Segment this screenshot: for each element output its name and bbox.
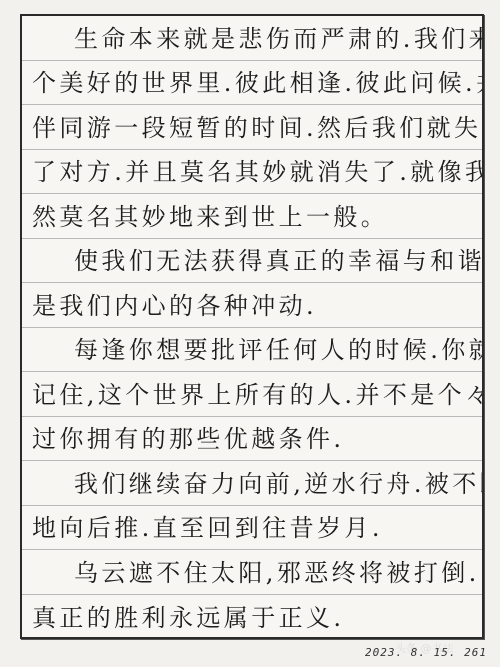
text-line-7: 是我们内心的各种冲动. <box>22 283 482 328</box>
text-line-3: 伴同游一段短暂的时间.然后我们就失去 <box>22 105 482 150</box>
practice-sheet: 生命本来就是悲伤而严肃的.我们来到这 个美好的世界里.彼此相逢.彼此问候.并结 … <box>20 14 484 639</box>
date-signature: 2023. 8. 15. 261 <box>365 646 487 659</box>
text-line-5: 然莫名其妙地来到世上一般。 <box>22 194 482 239</box>
text-line-1: 生命本来就是悲伤而严肃的.我们来到这 <box>22 16 482 61</box>
text-line-13: 乌云遮不住太阳,邪恶终将被打倒. <box>22 550 482 595</box>
text-line-9: 记住,这个世界上所有的人.并不是个々都有 <box>22 372 482 417</box>
text-line-11: 我们继续奋力向前,逆水行舟.被不断 <box>22 461 482 506</box>
text-line-6: 使我们无法获得真正的幸福与和谐的 <box>22 239 482 284</box>
text-line-8: 每逢你想要批评任何人的时候.你就 <box>22 328 482 373</box>
text-line-2: 个美好的世界里.彼此相逢.彼此问候.并结 <box>22 61 482 106</box>
text-line-14: 真正的胜利永远属于正义. <box>22 595 482 640</box>
text-line-10: 过你拥有的那些优越条件. <box>22 417 482 462</box>
text-line-12: 地向后推.直至回到往昔岁月. <box>22 506 482 551</box>
text-line-4: 了对方.并且莫名其妙就消失了.就像我们突 <box>22 150 482 195</box>
